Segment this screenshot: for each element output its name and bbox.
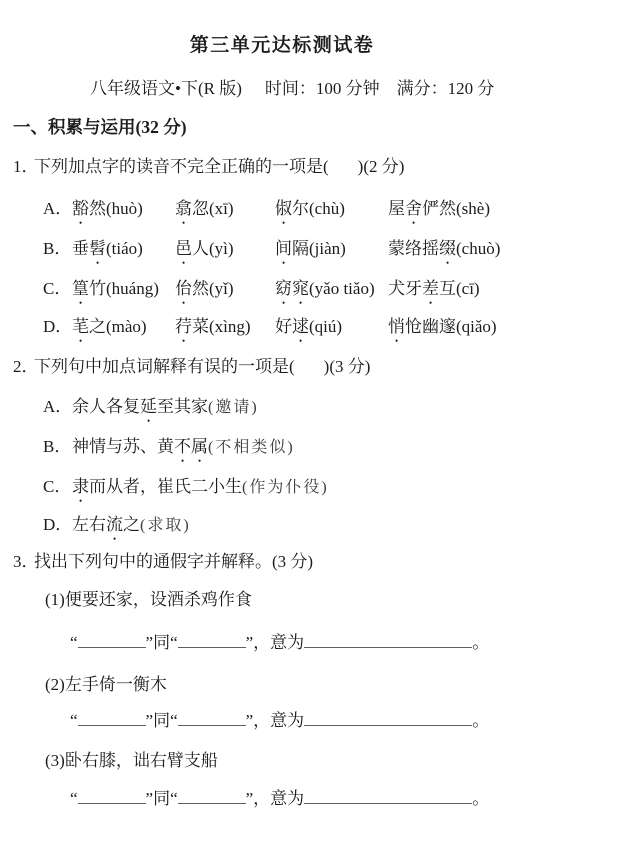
q1-option-a: A．豁然(huò)翕忽(xī)俶尔(chù)屋舍俨然(shè): [43, 198, 490, 228]
gloss-note: (作为仆役): [242, 479, 329, 496]
stem-text: 下列加点字的读音不完全正确的一项是(: [34, 157, 329, 176]
q2-option-c: C．隶而从者，崔氏二小生(作为仆役): [43, 476, 329, 506]
question-number: 1．: [13, 156, 34, 178]
answer-blank: [178, 803, 246, 804]
score-label: 满分：120 分: [397, 79, 495, 98]
term: 屋舍俨然(shè): [388, 198, 490, 228]
test-paper: 第三单元达标测试卷 八年级语文•下(R 版)时间：100 分钟满分：120 分 …: [0, 0, 640, 844]
grade-label: 八年级语文•下(R 版): [90, 79, 242, 98]
term: 邑人(yì): [175, 238, 275, 268]
section-heading: 一、积累与运用(32 分): [13, 116, 187, 138]
answer-blank: [178, 647, 246, 648]
option-label: C．: [43, 476, 72, 498]
term: 荇菜(xìng): [175, 316, 275, 346]
q3-answer-line-3: “”同“”，意为。: [70, 788, 489, 810]
option-label: B．: [43, 436, 72, 458]
time-label: 时间：100 分钟: [265, 79, 380, 98]
answer-blank: [304, 803, 472, 804]
gloss-note: (求取): [140, 517, 191, 534]
answer-blank: [304, 647, 472, 648]
term: 佁然(yǐ): [175, 278, 275, 308]
question-number: 2．: [13, 356, 34, 378]
q1-option-c: C．篁竹(huáng)佁然(yǐ)窈窕(yǎo tiǎo)犬牙差互(cī): [43, 278, 480, 308]
stem-text: )(3 分): [324, 357, 371, 376]
q1-option-d: D．芼之(mào)荇菜(xìng)好逑(qiú)悄怆幽邃(qiǎo): [43, 316, 497, 346]
question-number: 3．: [13, 551, 34, 573]
answer-blank: [78, 725, 146, 726]
option-label: A．: [43, 198, 72, 220]
term: 好逑(qiú): [275, 316, 388, 346]
answer-blank: [78, 647, 146, 648]
term: 豁然(huò): [72, 198, 175, 228]
q1-option-b: B．垂髫(tiáo)邑人(yì)间隔(jiàn)蒙络摇缀(chuò): [43, 238, 500, 268]
stem-text: )(2 分): [358, 157, 405, 176]
term: 悄怆幽邃(qiǎo): [388, 316, 497, 346]
question-1-stem: 1．下列加点字的读音不完全正确的一项是()(2 分): [13, 156, 404, 178]
paper-meta: 八年级语文•下(R 版)时间：100 分钟满分：120 分: [90, 78, 494, 100]
answer-blank: [78, 803, 146, 804]
q2-option-a: A．余人各复延至其家(邀请): [43, 396, 259, 426]
term: 垂髫(tiáo): [72, 238, 175, 268]
term: 蒙络摇缀(chuò): [388, 238, 500, 268]
option-label: D．: [43, 514, 72, 536]
gloss-note: (邀请): [208, 399, 259, 416]
gloss-note: (不相类似): [208, 439, 295, 456]
q2-option-b: B．神情与苏、黄不属(不相类似): [43, 436, 295, 466]
term: 窈窕(yǎo tiǎo): [275, 278, 388, 308]
answer-blank: [178, 725, 246, 726]
q3-item-3: (3)卧右膝，诎右臂支船: [45, 750, 218, 772]
stem-text: 找出下列句中的通假字并解释。(3 分): [34, 552, 313, 571]
paper-title: 第三单元达标测试卷: [0, 34, 564, 58]
term: 翕忽(xī): [175, 198, 275, 228]
q3-item-2: (2)左手倚一衡木: [45, 674, 167, 696]
answer-blank: [304, 725, 472, 726]
q3-answer-line-1: “”同“”，意为。: [70, 632, 489, 654]
option-label: B．: [43, 238, 72, 260]
question-2-stem: 2．下列句中加点词解释有误的一项是()(3 分): [13, 356, 370, 378]
term: 犬牙差互(cī): [388, 278, 480, 308]
q3-answer-line-2: “”同“”，意为。: [70, 710, 489, 732]
term: 间隔(jiàn): [275, 238, 388, 268]
term: 芼之(mào): [72, 316, 175, 346]
option-label: C．: [43, 278, 72, 300]
term: 俶尔(chù): [275, 198, 388, 228]
term: 篁竹(huáng): [72, 278, 175, 308]
option-label: D．: [43, 316, 72, 338]
question-3-stem: 3．找出下列句中的通假字并解释。(3 分): [13, 551, 313, 573]
q2-option-d: D．左右流之(求取): [43, 514, 191, 544]
stem-text: 下列句中加点词解释有误的一项是(: [34, 357, 295, 376]
q3-item-1: (1)便要还家，设酒杀鸡作食: [45, 589, 252, 611]
option-label: A．: [43, 396, 72, 418]
